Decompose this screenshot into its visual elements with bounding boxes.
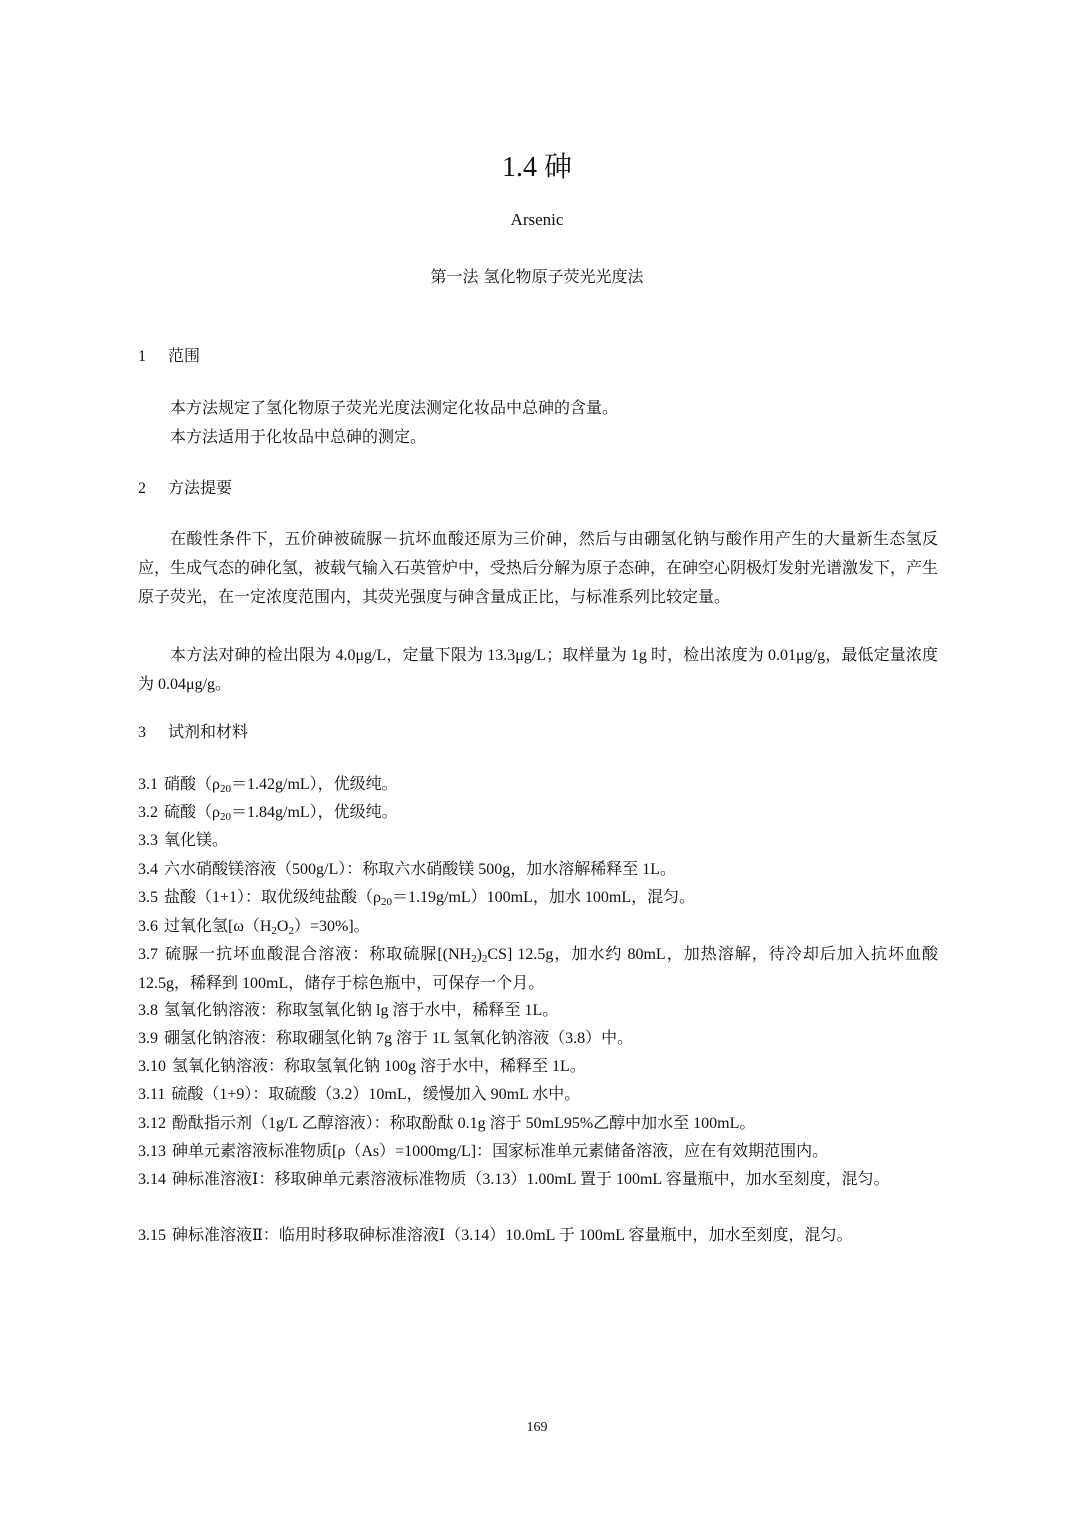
- paragraph: 本方法规定了氢化物原子荧光光度法测定化妆品中总砷的含量。: [138, 394, 938, 423]
- section-heading-summary: 2方法提要: [138, 475, 232, 502]
- reagent-item: 3.6过氧化氢[ω（H2O2）=30%]。: [138, 912, 938, 941]
- paragraph: 本方法对砷的检出限为 4.0μg/L，定量下限为 13.3μg/L；取样量为 1…: [138, 641, 938, 699]
- reagent-item: 3.13砷单元素溶液标准物质[ρ（As）=1000mg/L]：国家标准单元素储备…: [138, 1137, 938, 1166]
- reagent-item: 3.2硫酸（ρ20＝1.84g/mL），优级纯。: [138, 798, 938, 827]
- section-label: 方法提要: [168, 478, 232, 497]
- reagent-item: 3.9硼氢化钠溶液：称取硼氢化钠 7g 溶于 1L 氢氧化钠溶液（3.8）中。: [138, 1024, 938, 1053]
- reagent-item: 3.12酚酞指示剂（1g/L 乙醇溶液）：称取酚酞 0.1g 溶于 50mL95…: [138, 1109, 938, 1138]
- english-subtitle: Arsenic: [0, 208, 1074, 232]
- reagent-item: 3.4六水硝酸镁溶液（500g/L）：称取六水硝酸镁 500g，加水溶解稀释至 …: [138, 855, 938, 884]
- reagent-item: 3.11硫酸（1+9）：取硫酸（3.2）10mL，缓慢加入 90mL 水中。: [138, 1080, 938, 1109]
- reagent-item: 3.8氢氧化钠溶液：称取氢氧化钠 lg 溶于水中，稀释至 1L。: [138, 996, 938, 1025]
- method-title: 第一法 氢化物原子荧光光度法: [0, 264, 1074, 290]
- section-label: 试剂和材料: [168, 722, 248, 741]
- section-number: 2: [138, 476, 168, 502]
- page-title: 1.4 砷: [0, 148, 1074, 188]
- reagent-item: 3.14砷标准溶液Ⅰ：移取砷单元素溶液标准物质（3.13）1.00mL 置于 1…: [138, 1165, 938, 1194]
- paragraph: 本方法适用于化妆品中总砷的测定。: [138, 423, 938, 452]
- section-label: 范围: [168, 346, 200, 365]
- document-page: 1.4 砷 Arsenic 第一法 氢化物原子荧光光度法 1范围 本方法规定了氢…: [0, 0, 1074, 1520]
- reagent-item: 3.1硝酸（ρ20＝1.42g/mL），优级纯。: [138, 770, 938, 799]
- page-number: 169: [0, 1418, 1074, 1438]
- paragraph: 在酸性条件下，五价砷被硫脲－抗坏血酸还原为三价砷，然后与由硼氢化钠与酸作用产生的…: [138, 525, 938, 612]
- reagent-item: 3.10氢氧化钠溶液：称取氢氧化钠 100g 溶于水中，稀释至 1L。: [138, 1052, 938, 1081]
- reagent-item: 3.5盐酸（1+1）：取优级纯盐酸（ρ20＝1.19g/mL）100mL，加水 …: [138, 883, 938, 912]
- section-heading-reagents: 3试剂和材料: [138, 719, 248, 746]
- reagent-item: 3.3氧化镁。: [138, 826, 938, 855]
- section-heading-scope: 1范围: [138, 343, 200, 370]
- reagent-item: 3.7硫脲一抗坏血酸混合溶液：称取硫脲[(NH2)2CS] 12.5g，加水约 …: [138, 940, 938, 998]
- reagent-item: 3.15砷标准溶液Ⅱ：临用时移取砷标准溶液Ⅰ（3.14）10.0mL 于 100…: [138, 1221, 938, 1250]
- section-number: 1: [138, 344, 168, 370]
- section-number: 3: [138, 720, 168, 746]
